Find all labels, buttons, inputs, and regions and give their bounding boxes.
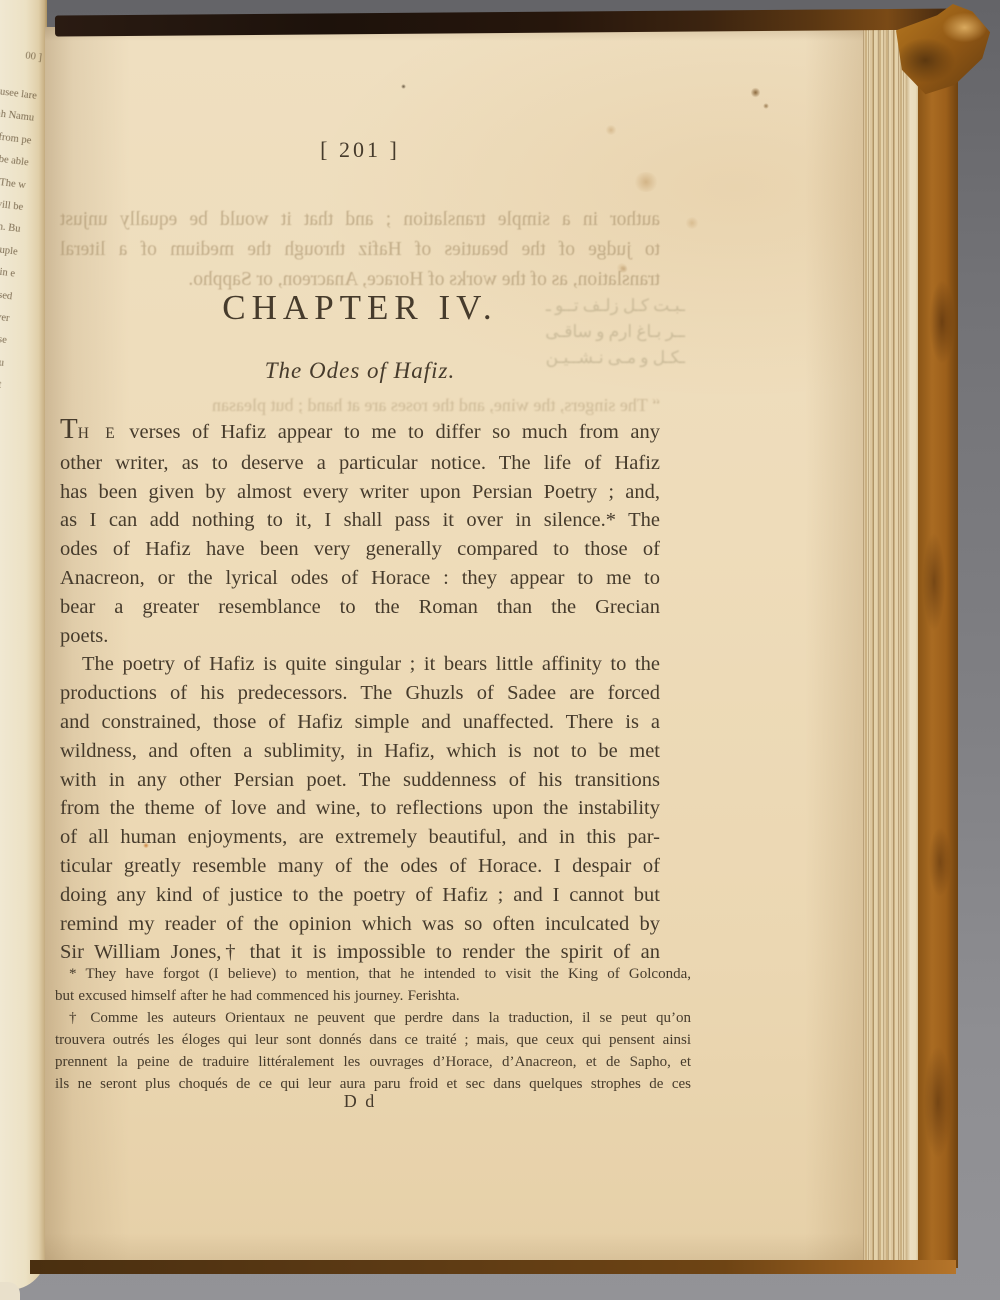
text-line: * They have forgot (I believe) to mentio…	[55, 963, 691, 985]
text-line: but excused himself after he had commenc…	[55, 985, 691, 1007]
text-line: Anacreon, or the lyrical odes of Horace …	[60, 564, 660, 593]
drop-cap: T	[60, 413, 78, 445]
text-line: productions of his predecessors. The Ghu…	[60, 679, 660, 708]
text-line: doing any kind of justice to the poetry …	[60, 881, 660, 910]
text-line: odes of Hafiz have been very generally c…	[60, 535, 660, 564]
ink-speck	[143, 843, 149, 848]
paragraph-1: TH E verses of Hafiz appear to me to dif…	[60, 415, 660, 650]
text-line: ticular greatly resemble many of the ode…	[60, 852, 660, 881]
left-page-text-fragments: Firdousee larethe Shah Namuescaped from …	[0, 73, 38, 397]
leather-cover-edge	[918, 22, 958, 1268]
signature-mark: D d	[60, 1091, 660, 1112]
paragraph-1-first-line: TH E verses of Hafiz appear to me to dif…	[60, 415, 660, 449]
text-line: of all human enjoyments, are extremely b…	[60, 823, 660, 852]
body-text: TH E verses of Hafiz appear to me to dif…	[60, 415, 660, 967]
text-line: The poetry of Hafiz is quite singular ; …	[60, 650, 660, 679]
foxing-spot	[685, 217, 699, 229]
text-line: as I can add nothing to it, I shall pass…	[60, 506, 660, 535]
cover-bottom-edge	[30, 1260, 956, 1274]
left-page-strip: 00 ] Firdousee larethe Shah Namuescaped …	[0, 0, 47, 1290]
bleed-through-text: author in a simple translation ; and tha…	[60, 205, 660, 295]
page-block-fore-edge	[863, 30, 908, 1260]
text-line: other writer, as to deserve a particular…	[60, 449, 660, 478]
text-line: from the theme of love and wine, to refl…	[60, 794, 660, 823]
text-line: has been given by almost every writer up…	[60, 478, 660, 507]
photo-of-open-book: 00 ] Firdousee larethe Shah Namuescaped …	[0, 0, 1000, 1300]
footnote-1: * They have forgot (I believe) to mentio…	[55, 963, 691, 1007]
bleed-through-bottom-line: “ The singers, the wine, and the roses a…	[60, 395, 660, 416]
text-line: trouvera outrés les éloges qui leur sont…	[55, 1029, 691, 1051]
chapter-subtitle: The Odes of Hafiz.	[60, 358, 660, 384]
foxing-spot	[751, 87, 760, 98]
text-line: and constrained, those of Hafiz simple a…	[60, 708, 660, 737]
text-line: Firdousee lare	[0, 73, 38, 108]
foxing-spot	[620, 265, 628, 273]
foxing-spot	[605, 125, 617, 135]
text-line: bear a greater resemblance to the Roman …	[60, 593, 660, 622]
footnotes: * They have forgot (I believe) to mentio…	[55, 963, 691, 1095]
text-line: prennent la peine de traduire littéralem…	[55, 1051, 691, 1073]
text-line: wildness, and often a sublimity, in Hafi…	[60, 737, 660, 766]
text-line: remind my reader of the opinion which wa…	[60, 910, 660, 939]
text-line: poets.	[60, 622, 660, 651]
foxing-spot	[633, 172, 659, 192]
page-number: [ 201 ]	[60, 137, 660, 163]
book-page: author in a simple translation ; and tha…	[45, 27, 865, 1263]
paragraph-2: The poetry of Hafiz is quite singular ; …	[60, 650, 660, 967]
foxing-spot	[763, 103, 769, 109]
chapter-heading: CHAPTER IV.	[60, 288, 660, 328]
footnote-2: † Comme les auteurs Orientaux ne peuvent…	[55, 1007, 691, 1095]
text-line: with in any other Persian poet. The sudd…	[60, 766, 660, 795]
foxing-spot	[401, 84, 406, 89]
paragraph-1-lines: other writer, as to deserve a particular…	[60, 449, 660, 651]
left-page-pagenum-fragment: 00 ]	[1, 48, 42, 64]
text-line: † Comme les auteurs Orientaux ne peuvent…	[55, 1007, 691, 1029]
